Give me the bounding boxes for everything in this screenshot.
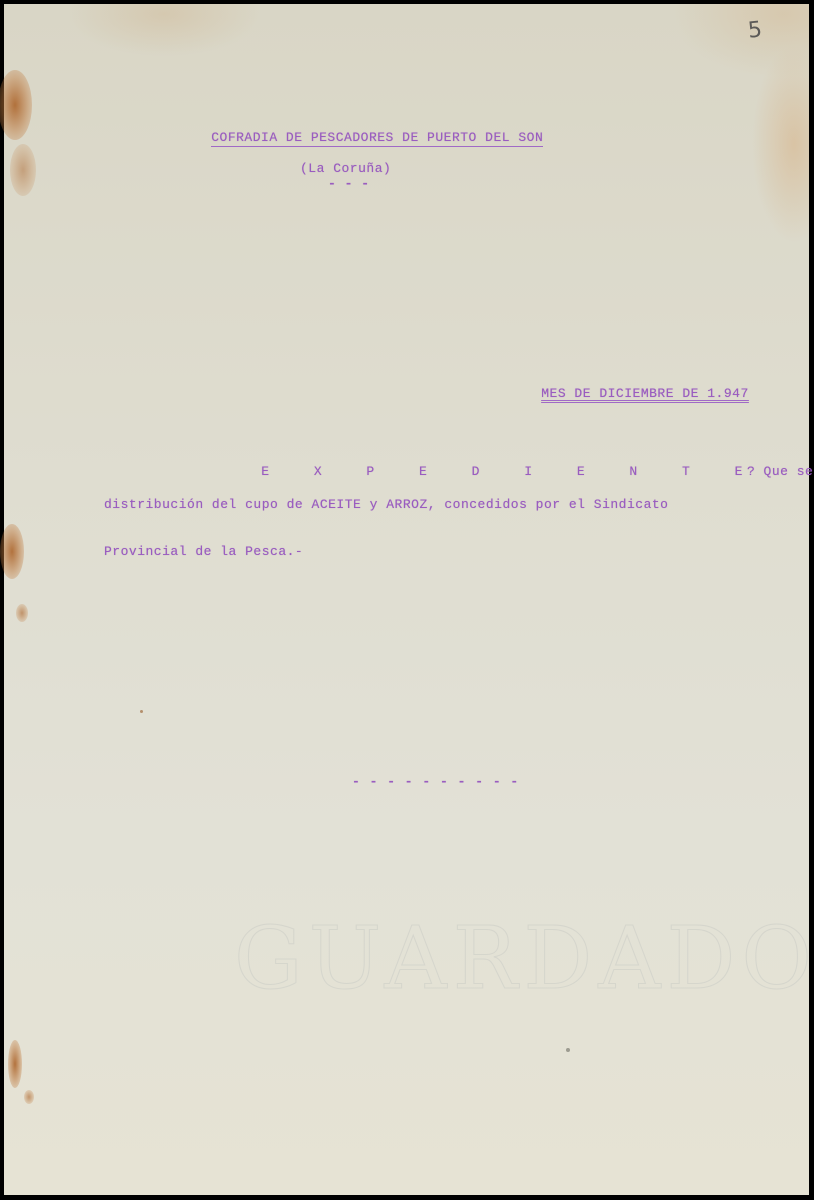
paper-speck	[566, 1048, 570, 1052]
expediente-subject-start: ? Que se relaciona con la	[747, 464, 814, 479]
expediente-heading: E X P E D I E N T E	[261, 464, 761, 479]
organization-title: COFRADIA DE PESCADORES DE PUERTO DEL SON	[211, 130, 543, 147]
expediente-line: E X P E D I E N T E? Que se relaciona co…	[228, 449, 814, 494]
document-header-organization: COFRADIA DE PESCADORES DE PUERTO DEL SON	[178, 115, 543, 160]
rust-stain-left-small	[16, 604, 28, 622]
scanned-document-page: 5 GUARDADO COFRADIA DE PESCADORES DE PUE…	[4, 4, 809, 1195]
date-text: MES DE DICIEMBRE DE 1.947	[541, 386, 749, 401]
rust-stain-top-left	[0, 70, 32, 140]
document-header-location: (La Coruña)	[300, 161, 391, 176]
rust-stain-left-middle	[0, 524, 24, 579]
location-separator: - - -	[328, 176, 370, 191]
faint-watermark: GUARDADO	[234, 909, 814, 1009]
body-line-3: Provincial de la Pesca.-	[104, 544, 303, 559]
date-line: MES DE DICIEMBRE DE 1.947	[508, 371, 749, 416]
handwritten-page-number: 5	[747, 17, 764, 43]
paper-speck	[140, 710, 143, 713]
rust-stain-bottom-left-drop	[24, 1090, 34, 1104]
rust-stain-bottom-left	[8, 1040, 22, 1088]
rust-stain-left-upper	[10, 144, 36, 196]
closing-separator: - - - - - - - - - -	[352, 774, 519, 789]
body-line-2: distribución del cupo de ACEITE y ARROZ,…	[104, 497, 669, 512]
